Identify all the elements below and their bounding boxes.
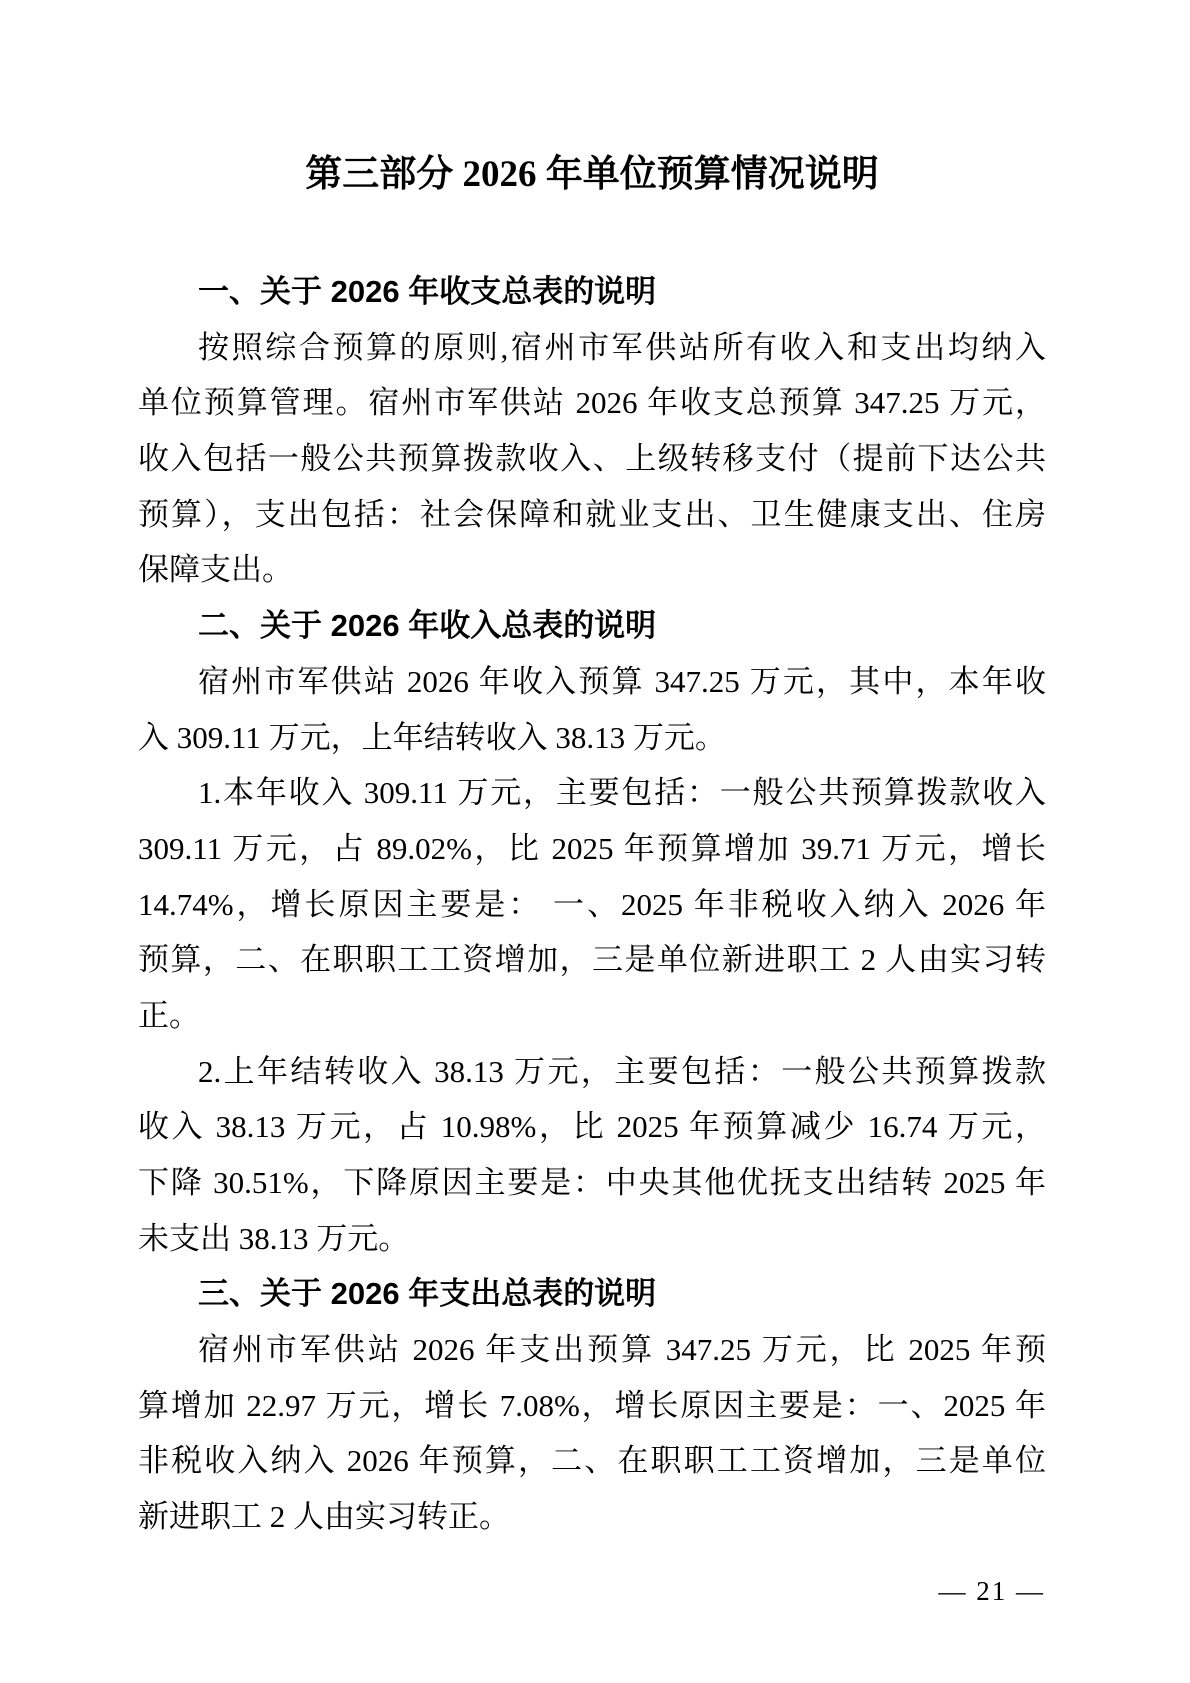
- paragraph-line: 未支出 38.13 万元。: [138, 1211, 1046, 1267]
- paragraph-line: 下降 30.51%，下降原因主要是：中央其他优抚支出结转 2025 年: [138, 1155, 1046, 1211]
- paragraph: 按照综合预算的原则,宿州市军供站所有收入和支出均纳入单位预算管理。宿州市军供站 …: [138, 320, 1046, 598]
- sections-container: 一、关于 2026 年收支总表的说明按照综合预算的原则,宿州市军供站所有收入和支…: [138, 264, 1046, 1545]
- paragraph-line: 非税收入纳入 2026 年预算，二、在职职工工资增加，三是单位: [138, 1433, 1046, 1489]
- paragraph: 宿州市军供站 2026 年支出预算 347.25 万元，比 2025 年预算增加…: [138, 1322, 1046, 1545]
- paragraph-line: 收入包括一般公共预算拨款收入、上级转移支付（提前下达公共: [138, 431, 1046, 487]
- paragraph-line: 保障支出。: [138, 542, 1046, 598]
- paragraph-line: 2.上年结转收入 38.13 万元，主要包括：一般公共预算拨款: [138, 1044, 1046, 1100]
- page-number: — 21 —: [939, 1575, 1046, 1607]
- paragraph-line: 入 309.11 万元，上年结转收入 38.13 万元。: [138, 710, 1046, 766]
- paragraph: 1.本年收入 309.11 万元，主要包括：一般公共预算拨款收入309.11 万…: [138, 765, 1046, 1043]
- section-heading: 三、关于 2026 年支出总表的说明: [138, 1266, 1046, 1322]
- paragraph-line: 宿州市军供站 2026 年收入预算 347.25 万元，其中，本年收: [138, 654, 1046, 710]
- paragraph-line: 正。: [138, 988, 1046, 1044]
- paragraph-line: 预算），支出包括：社会保障和就业支出、卫生健康支出、住房: [138, 487, 1046, 543]
- document-page: 第三部分 2026 年单位预算情况说明 一、关于 2026 年收支总表的说明按照…: [0, 0, 1190, 1683]
- section-heading: 一、关于 2026 年收支总表的说明: [138, 264, 1046, 320]
- paragraph-line: 14.74%，增长原因主要是： 一、2025 年非税收入纳入 2026 年: [138, 877, 1046, 933]
- paragraph-line: 收入 38.13 万元，占 10.98%，比 2025 年预算减少 16.74 …: [138, 1099, 1046, 1155]
- paragraph-line: 宿州市军供站 2026 年支出预算 347.25 万元，比 2025 年预: [138, 1322, 1046, 1378]
- paragraph-line: 算增加 22.97 万元，增长 7.08%，增长原因主要是：一、2025 年: [138, 1378, 1046, 1434]
- paragraph-line: 预算，二、在职职工工资增加，三是单位新进职工 2 人由实习转: [138, 932, 1046, 988]
- paragraph-line: 309.11 万元，占 89.02%，比 2025 年预算增加 39.71 万元…: [138, 821, 1046, 877]
- paragraph-line: 单位预算管理。宿州市军供站 2026 年收支总预算 347.25 万元，: [138, 375, 1046, 431]
- document-body: 第三部分 2026 年单位预算情况说明 一、关于 2026 年收支总表的说明按照…: [138, 130, 1046, 1545]
- paragraph-line: 按照综合预算的原则,宿州市军供站所有收入和支出均纳入: [138, 320, 1046, 376]
- paragraph-line: 新进职工 2 人由实习转正。: [138, 1489, 1046, 1545]
- paragraph: 2.上年结转收入 38.13 万元，主要包括：一般公共预算拨款收入 38.13 …: [138, 1044, 1046, 1267]
- paragraph-line: 1.本年收入 309.11 万元，主要包括：一般公共预算拨款收入: [138, 765, 1046, 821]
- section-heading: 二、关于 2026 年收入总表的说明: [138, 598, 1046, 654]
- paragraph: 宿州市军供站 2026 年收入预算 347.25 万元，其中，本年收入 309.…: [138, 654, 1046, 765]
- document-title: 第三部分 2026 年单位预算情况说明: [138, 147, 1046, 203]
